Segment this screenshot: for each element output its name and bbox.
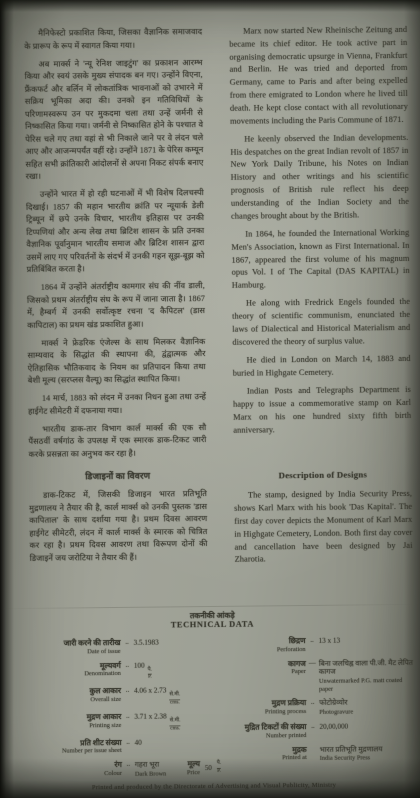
technical-data-title: तकनीकी आंकड़े TECHNICAL DATA	[2, 609, 420, 632]
tech-separator: ..	[120, 638, 133, 655]
price-unit: पै. P.	[217, 761, 221, 774]
hindi-paragraph: उन्होंने भारत में हो रही घटनाओं में भी व…	[26, 187, 205, 276]
english-heading: Description of Designs	[234, 469, 412, 481]
tech-value: भारत प्रतिभूति मुद्रणालय India Security …	[320, 743, 418, 762]
tech-value-english: India Security Press	[320, 754, 418, 762]
hindi-paragraph: डाक-टिकट में, जिसकी डिजाइन भारत प्रतिभूत…	[29, 488, 208, 565]
tech-value: बिना जलचिह्न वाला पी.जी. मैट लेपित कागज …	[319, 657, 417, 692]
tech-label-english: Overall size	[11, 696, 121, 705]
english-paragraph: Indian Posts and Telegraphs Department i…	[233, 384, 412, 437]
tech-value-main: फोटोग्रेव्योर	[319, 699, 347, 707]
tech-label-hindi: मुद्रित टिकटों की संख्या	[214, 722, 306, 732]
hindi-paragraph: मैनिफेस्टो प्रकाशित किया, जिसका वैज्ञानि…	[24, 26, 202, 53]
price-row: मूल्य Price 50 पै. P.	[187, 760, 221, 777]
tech-row: मुद्रित टिकटों की संख्या Number printed …	[214, 721, 417, 740]
price-label-english: Price	[187, 769, 200, 777]
tech-value: 20,00,000	[319, 721, 417, 739]
tech-value-main: गहरा भूरा	[135, 761, 159, 769]
tech-row: रंग Colour .. गहरा भूरा Dark Brown	[12, 759, 215, 779]
tech-label: मुद्रित टिकटों की संख्या Number printed	[214, 722, 306, 740]
price-label-hindi: मूल्य	[187, 760, 200, 769]
tech-label: मुद्रण आकार Printing size	[11, 712, 121, 733]
tech-separator: —	[306, 658, 319, 693]
tech-label: कुल आकार Overall size	[11, 686, 121, 707]
hindi-heading: डिजाइनों का विवरण	[29, 469, 207, 483]
tech-value: फोटोग्रेव्योर Photogravure	[319, 697, 417, 716]
english-paragraph: The stamp, designed by India Security Pr…	[234, 488, 413, 567]
tech-value: 13 x 13	[318, 635, 416, 653]
technical-data-left-column: जारी करने की तारीख Date of issue .. 3.5.…	[11, 637, 216, 785]
page-crease	[2, 604, 420, 609]
tech-value-unit: से.मी.cms.	[169, 693, 180, 706]
tech-label: छिद्रण Perforation	[213, 636, 305, 654]
tech-separator: ..	[121, 712, 134, 732]
tech-label-hindi: छिद्रण	[213, 636, 305, 646]
tech-label: कागज Paper	[214, 659, 306, 694]
tech-label-hindi: जारी करने की तारीख	[11, 638, 121, 649]
english-paragraph: He along with Fredrick Engels founded th…	[232, 296, 411, 349]
tech-label-english: Colour	[12, 770, 122, 779]
tech-row: मुद्रक Printed at भारत प्रतिभूति मुद्रणा…	[215, 743, 418, 763]
tech-row: प्रति शीट संख्या Number per issue sheet …	[12, 737, 215, 756]
tech-separator: ..	[121, 660, 134, 680]
tech-value: 100पै.P.	[134, 659, 214, 680]
photo-background: मैनिफेस्टो प्रकाशित किया, जिसका वैज्ञानि…	[0, 0, 420, 798]
tech-separator	[307, 744, 320, 762]
tech-value-main: 4.06 x 2.73	[134, 687, 166, 695]
english-paragraph: He keenly observed the Indian developmen…	[230, 132, 409, 223]
tech-label: प्रति शीट संख्या Number per issue sheet	[12, 738, 122, 756]
hindi-paragraph: भारतीय डाक-तार विभाग कार्ल मार्क्स की एक…	[28, 422, 206, 461]
english-paragraph: He died in London on March 14, 1883 and …	[233, 353, 411, 380]
price-value: 50	[205, 765, 212, 772]
tech-value-main: भारत प्रतिभूति मुद्रणालय	[320, 745, 383, 754]
price-unit-english: P.	[217, 769, 221, 775]
tech-row: जारी करने की तारीख Date of issue .. 3.5.…	[11, 637, 214, 656]
text-columns: मैनिफेस्टो प्रकाशित किया, जिसका वैज्ञानि…	[24, 24, 414, 575]
tech-row: कागज Paper — बिना जलचिह्न वाला पी.जी. मै…	[214, 657, 417, 694]
tech-value-unit: पै.P.	[148, 667, 152, 680]
hindi-paragraph: मार्क्स ने फ्रेडरिक एंजेल्स के साथ मिलकर…	[27, 336, 206, 388]
tech-value-main: 3.5.1983	[134, 639, 159, 647]
tech-value: 40	[135, 737, 215, 755]
brochure-page: मैनिफेस्टो प्रकाशित किया, जिसका वैज्ञानि…	[0, 0, 420, 798]
hindi-column: मैनिफेस्टो प्रकाशित किया, जिसका वैज्ञानि…	[24, 26, 208, 575]
tech-label-english: Denomination	[11, 670, 121, 679]
tech-value: 3.71 x 2.38से.मी.cms.	[134, 711, 214, 732]
tech-row: मूल्यवर्ग Denomination .. 100पै.P.	[11, 659, 214, 681]
tech-separator: ..	[305, 636, 318, 653]
tech-value: 4.06 x 2.73से.मी.cms.	[134, 685, 214, 706]
tech-separator: ..	[122, 760, 135, 778]
technical-data-section: तकनीकी आंकड़े TECHNICAL DATA जारी करने क…	[2, 609, 420, 786]
hindi-paragraph: 1864 में उन्होंने अंतर्राष्ट्रीय कामगार …	[27, 280, 206, 332]
tech-label-english: Number per issue sheet	[12, 747, 122, 756]
tech-label: मूल्यवर्ग Denomination	[11, 660, 121, 681]
tech-separator: ..	[121, 686, 134, 706]
tech-separator: ..	[306, 722, 319, 739]
english-paragraph: Marx now started New Rheinische Zeitung …	[229, 24, 408, 128]
tech-label-english: Printed at	[215, 754, 307, 762]
tech-label: रंग Colour	[12, 760, 122, 779]
technical-data-right-column: छिद्रण Perforation .. 13 x 13 कागज Paper…	[213, 635, 418, 783]
tech-value-main: 20,00,000	[319, 723, 348, 731]
hindi-paragraph: 14 मार्च, 1883 को लंदन में उनका निधन हुआ…	[28, 391, 206, 418]
tech-value-english: Photogravure	[319, 708, 417, 716]
tech-value-english: Unwatermarked P.G. matt coated paper	[319, 677, 417, 693]
english-column: Marx now started New Rheinische Zeitung …	[229, 24, 413, 573]
tech-row: छिद्रण Perforation .. 13 x 13	[213, 635, 416, 654]
tech-value-unit: से.मी.cms.	[170, 718, 181, 731]
tech-label: मुद्रक Printed at	[215, 745, 307, 764]
tech-value-main: 13 x 13	[318, 637, 340, 645]
english-paragraph: In 1864, he founded the International Wo…	[231, 227, 410, 293]
hindi-paragraph: अब मार्क्स ने 'न्यू रेनिश जाइटुंग' का प्…	[24, 57, 203, 184]
tech-label: जारी करने की तारीख Date of issue	[11, 638, 121, 656]
tech-value: 3.5.1983	[133, 637, 213, 655]
price-label: मूल्य Price	[187, 760, 200, 776]
tech-row: मुद्रण प्रक्रिया Printing process .. फोट…	[214, 697, 417, 717]
tech-label-english: Number printed	[214, 732, 306, 740]
tech-row: कुल आकार Overall size .. 4.06 x 2.73से.म…	[11, 685, 214, 707]
tech-value-main: 100	[134, 661, 145, 669]
tech-label: मुद्रण प्रक्रिया Printing process	[214, 698, 306, 717]
tech-label-english: Perforation	[214, 646, 306, 654]
tech-row: मुद्रण आकार Printing size .. 3.71 x 2.38…	[11, 711, 214, 733]
tech-value-main: 40	[135, 739, 142, 747]
tech-label-english: Date of issue	[11, 647, 121, 656]
tech-value-main: बिना जलचिह्न वाला पी.जी. मैट लेपित कागज	[319, 658, 413, 676]
tech-label-english: Printing size	[11, 722, 121, 731]
tech-label-english: Paper	[214, 668, 306, 676]
tech-separator: ..	[306, 698, 319, 716]
tech-value-main: 3.71 x 2.38	[134, 713, 166, 721]
tech-label-english: Printing process	[214, 708, 306, 716]
tech-separator: ..	[122, 738, 135, 755]
